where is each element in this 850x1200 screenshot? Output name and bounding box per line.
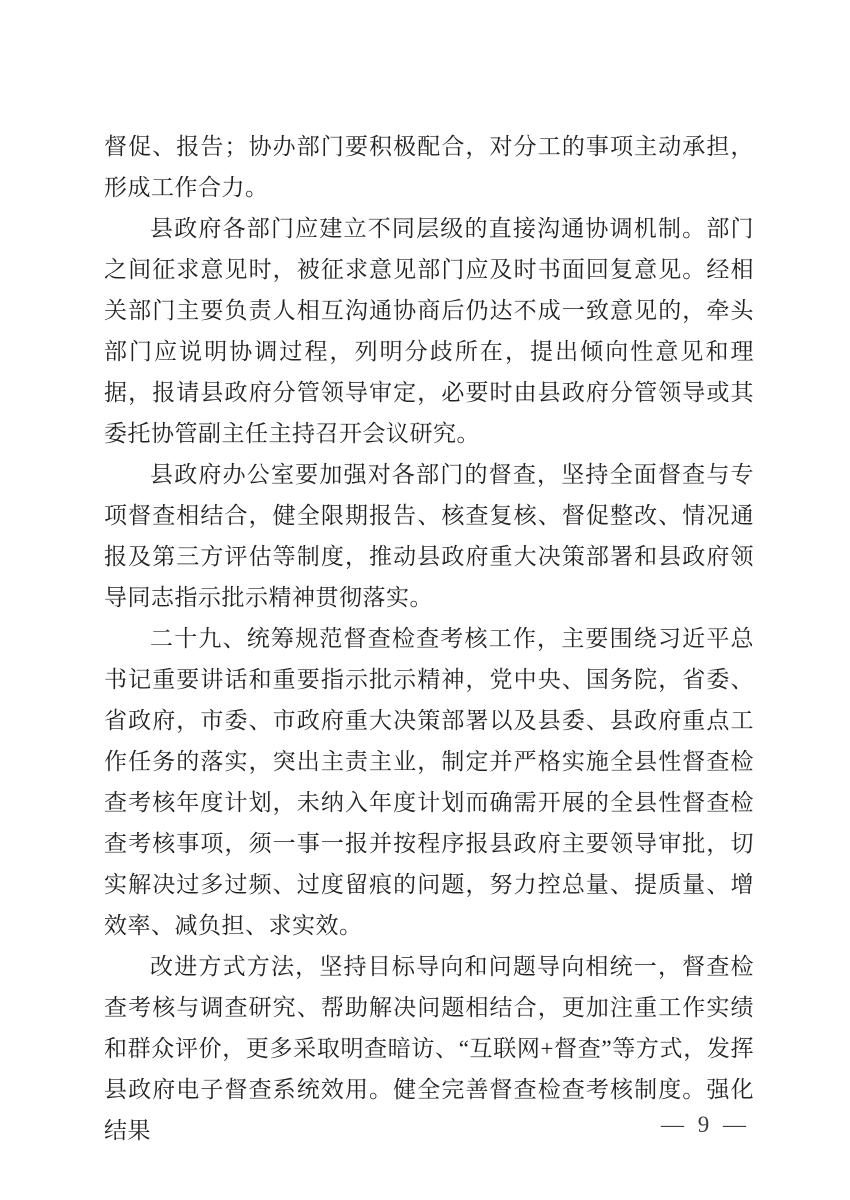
paragraph-item-29: 二十九、统筹规范督查检查考核工作，主要围绕习近平总书记重要讲话和重要指示批示精神… [104,618,754,946]
paragraph-continuation: 督促、报告；协办部门要积极配合，对分工的事项主动承担，形成工作合力。 [104,126,754,208]
paragraph-supervision-office: 县政府办公室要加强对各部门的督查，坚持全面督查与专项督查相结合，健全限期报告、核… [104,454,754,618]
page-number: — 9 — [661,1112,746,1138]
document-page: 督促、报告；协办部门要积极配合，对分工的事项主动承担，形成工作合力。 县政府各部… [0,0,850,1200]
paragraph-improve-methods: 改进方式方法，坚持目标导向和问题导向相统一，督查检查考核与调查研究、帮助解决问题… [104,946,754,1151]
paragraph-communication-mechanism: 县政府各部门应建立不同层级的直接沟通协调机制。部门之间征求意见时，被征求意见部门… [104,208,754,454]
document-body: 督促、报告；协办部门要积极配合，对分工的事项主动承担，形成工作合力。 县政府各部… [104,126,754,1151]
